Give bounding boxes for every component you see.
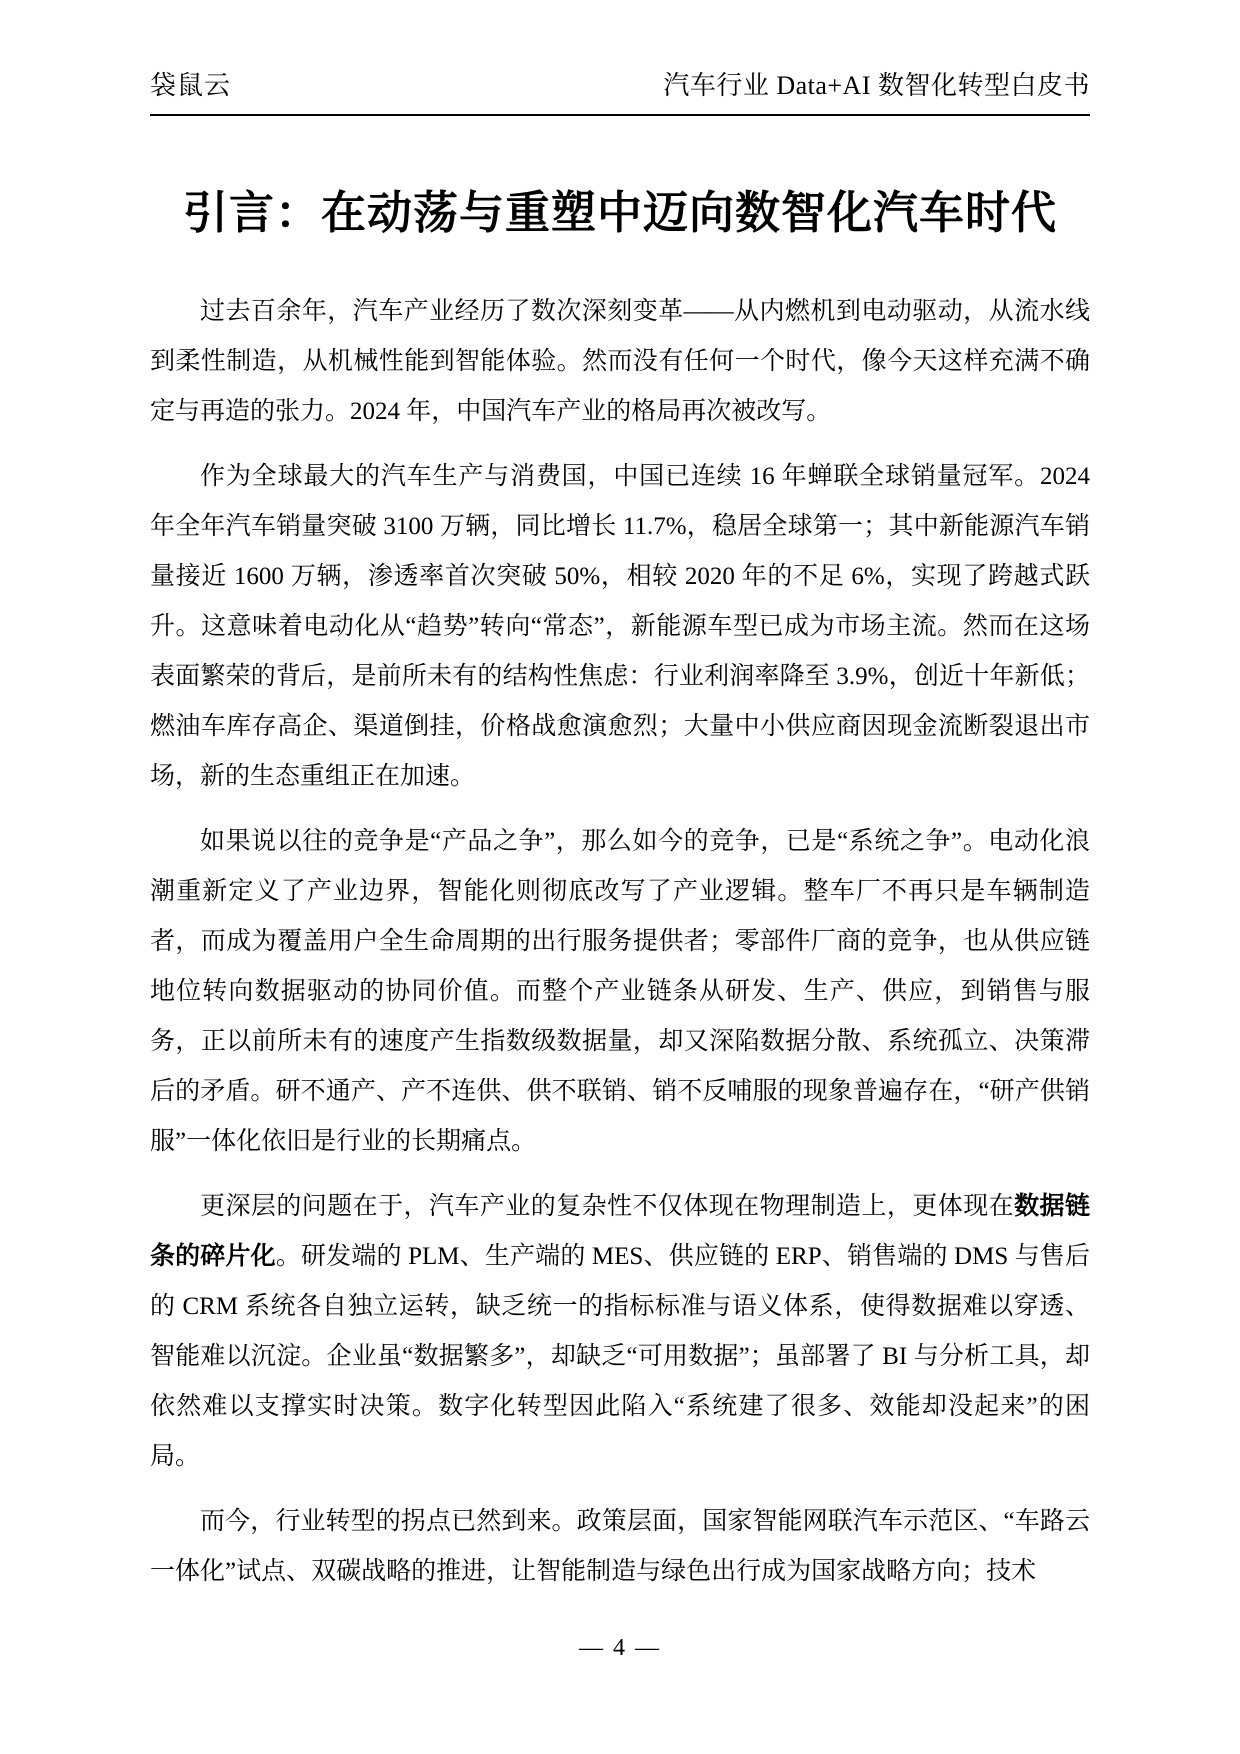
section-title: 引言：在动荡与重塑中迈向数智化汽车时代 — [150, 184, 1090, 242]
document-page: 袋鼠云 汽车行业 Data+AI 数智化转型白皮书 引言：在动荡与重塑中迈向数智… — [0, 0, 1240, 1754]
text-run: 。研发端的 PLM、生产端的 MES、供应链的 ERP、销售端的 DMS 与售后… — [150, 1243, 1090, 1470]
paragraph: 过去百余年，汽车产业经历了数次深刻变革——从内燃机到电动驱动，从流水线到柔性制造… — [150, 287, 1090, 437]
paragraph: 作为全球最大的汽车生产与消费国，中国已连续 16 年蝉联全球销量冠军。2024 … — [150, 452, 1090, 802]
text-run: 过去百余年，汽车产业经历了数次深刻变革——从内燃机到电动驱动，从流水线到柔性制造… — [150, 298, 1090, 425]
brand-logo-text: 袋鼠云 — [150, 70, 231, 102]
page-footer: — 4 — — [0, 1635, 1240, 1662]
paragraph: 更深层的问题在于，汽车产业的复杂性不仅体现在物理制造上，更体现在数据链条的碎片化… — [150, 1182, 1090, 1482]
body-content: 过去百余年，汽车产业经历了数次深刻变革——从内燃机到电动驱动，从流水线到柔性制造… — [150, 287, 1090, 1597]
text-run: 作为全球最大的汽车生产与消费国，中国已连续 16 年蝉联全球销量冠军。2024 … — [150, 463, 1090, 790]
text-run: 更深层的问题在于，汽车产业的复杂性不仅体现在物理制造上，更体现在 — [200, 1193, 1014, 1220]
text-run: 而今，行业转型的拐点已然到来。政策层面，国家智能网联汽车示范区、“车路云一体化”… — [150, 1508, 1090, 1585]
text-run: 如果说以往的竞争是“产品之争”，那么如今的竞争，已是“系统之争”。电动化浪潮重新… — [150, 828, 1090, 1155]
page-number: — 4 — — [579, 1635, 661, 1661]
page-header: 袋鼠云 汽车行业 Data+AI 数智化转型白皮书 — [150, 70, 1090, 116]
header-doc-title: 汽车行业 Data+AI 数智化转型白皮书 — [663, 70, 1090, 102]
paragraph: 而今，行业转型的拐点已然到来。政策层面，国家智能网联汽车示范区、“车路云一体化”… — [150, 1497, 1090, 1597]
paragraph: 如果说以往的竞争是“产品之争”，那么如今的竞争，已是“系统之争”。电动化浪潮重新… — [150, 817, 1090, 1167]
